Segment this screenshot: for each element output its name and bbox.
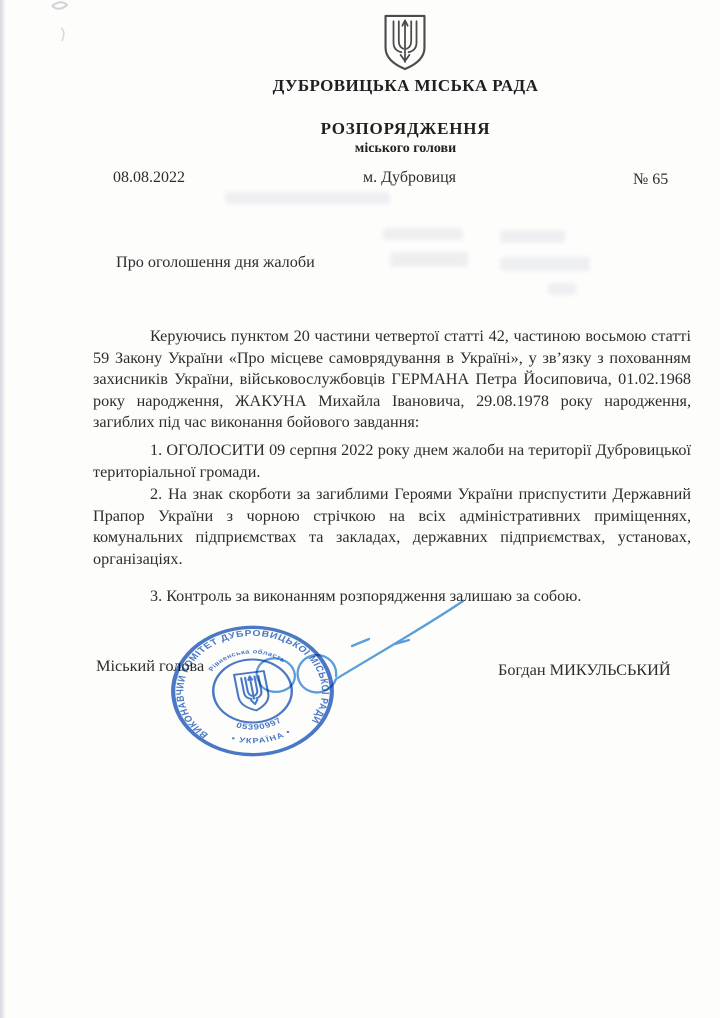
stamp-trident-icon [234, 671, 271, 712]
document-number: № 65 [633, 171, 668, 189]
bleed-through-mark [383, 228, 463, 240]
preamble-paragraph: Керуючись пунктом 20 частини четвертої с… [93, 326, 691, 434]
document-type-title: РОЗПОРЯДЖЕННЯ [91, 119, 720, 139]
scan-edge-shadow [0, 0, 6, 1018]
stamp-region-text: Рівненська область [205, 644, 288, 673]
bleed-through-mark [500, 257, 590, 271]
document-page: ДУБРОВИЦЬКА МІСЬКА РАДА РОЗПОРЯДЖЕННЯ мі… [0, 0, 720, 1018]
scan-artifact-marks [40, 0, 80, 50]
signer-name: Богдан МИКУЛЬСЬКИЙ [498, 660, 671, 680]
ukraine-trident-emblem-icon [382, 12, 428, 73]
order-item-1: 1. ОГОЛОСИТИ 09 серпня 2022 року днем жа… [93, 440, 691, 483]
order-item-2: 2. На знак скорботи за загиблими Героями… [93, 484, 691, 570]
document-subtype: міського голови [91, 141, 720, 157]
bleed-through-mark [225, 192, 390, 204]
document-date: 08.08.2022 [113, 169, 185, 187]
order-item-3: 3. Контроль за виконанням розпорядження … [93, 586, 691, 608]
stamp-code-text: 05390997 [233, 715, 284, 734]
organization-name: ДУБРОВИЦЬКА МІСЬКА РАДА [91, 76, 720, 96]
document-place: м. Дубровиця [363, 169, 456, 187]
official-round-stamp: ВИКОНАВЧИЙ КОМІТЕТ ДУБРОВИЦЬКОЇ МІСЬКОЇ … [169, 624, 336, 758]
bleed-through-mark [390, 252, 468, 267]
bleed-through-mark [500, 230, 565, 243]
bleed-through-mark [548, 283, 576, 295]
subject-line: Про оголошення дня жалоби [116, 253, 315, 272]
